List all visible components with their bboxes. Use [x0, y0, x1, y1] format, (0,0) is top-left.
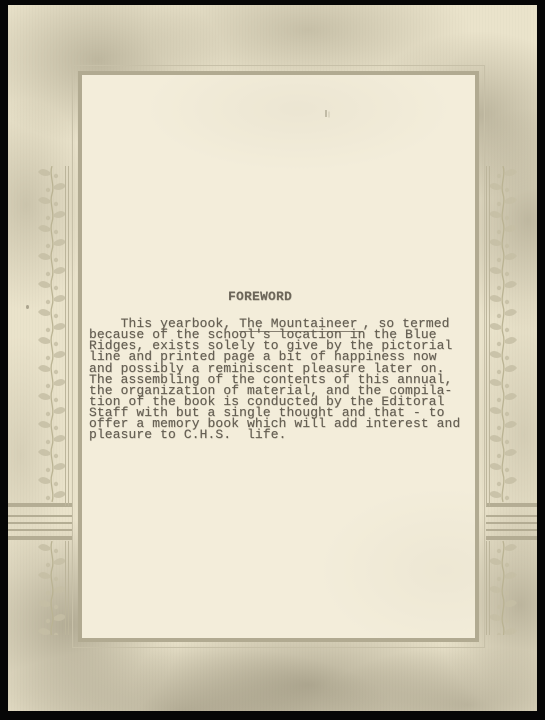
paper-fleck — [26, 305, 29, 309]
ruled-band-right — [486, 503, 537, 540]
scanned-yearbook-page: FOREWORD This yearbook, The Mountaineer,… — [0, 0, 545, 720]
ruled-band-left — [8, 503, 72, 540]
floral-vine-border-right-top — [485, 166, 519, 506]
floral-vine-border-left-bottom — [36, 541, 70, 635]
text-line: pleasure to C.H.S. life. — [89, 429, 460, 440]
floral-vine-border-left-top — [36, 166, 70, 506]
paper-background: FOREWORD This yearbook, The Mountaineer,… — [8, 5, 537, 711]
page-title: FOREWORD — [228, 289, 292, 304]
smudge-mark — [325, 110, 327, 117]
foreword-paragraph: This yearbook, The Mountaineer, so terme… — [89, 318, 460, 441]
floral-vine-border-right-bottom — [485, 541, 519, 635]
frame-inner-border: FOREWORD This yearbook, The Mountaineer,… — [78, 71, 479, 642]
